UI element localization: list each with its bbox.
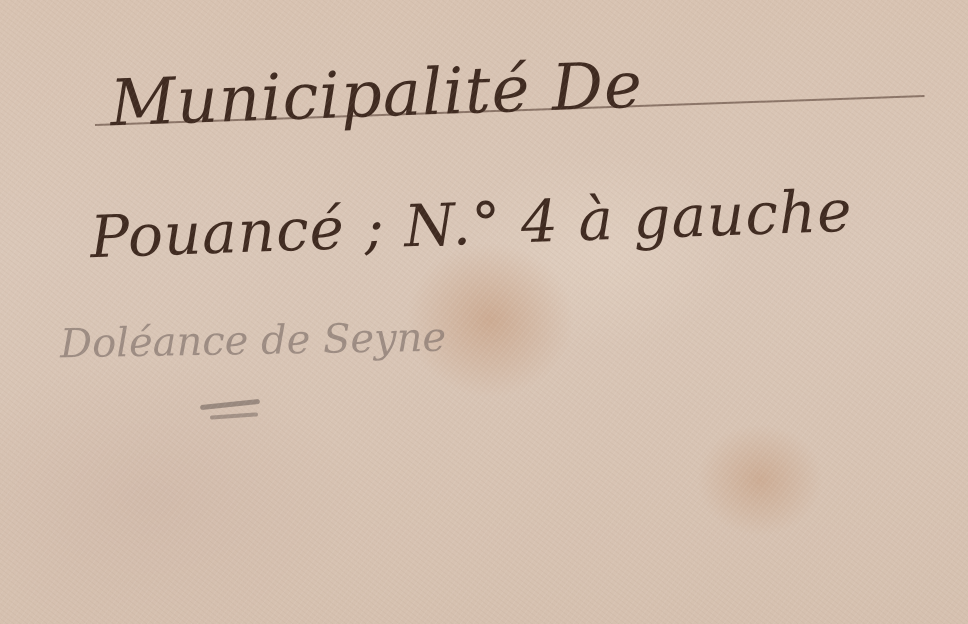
pencil-annotation: Doléance de Seyne: [60, 315, 447, 368]
document-page: Municipalité De Pouancé ; N.° 4 à gauche…: [0, 0, 968, 624]
pencil-dash-mark: [200, 399, 260, 410]
pencil-dash-mark-2: [210, 412, 258, 419]
heading-municipalite: Municipalité De: [109, 49, 644, 142]
address-line: Pouancé ; N.° 4 à gauche: [89, 177, 854, 272]
